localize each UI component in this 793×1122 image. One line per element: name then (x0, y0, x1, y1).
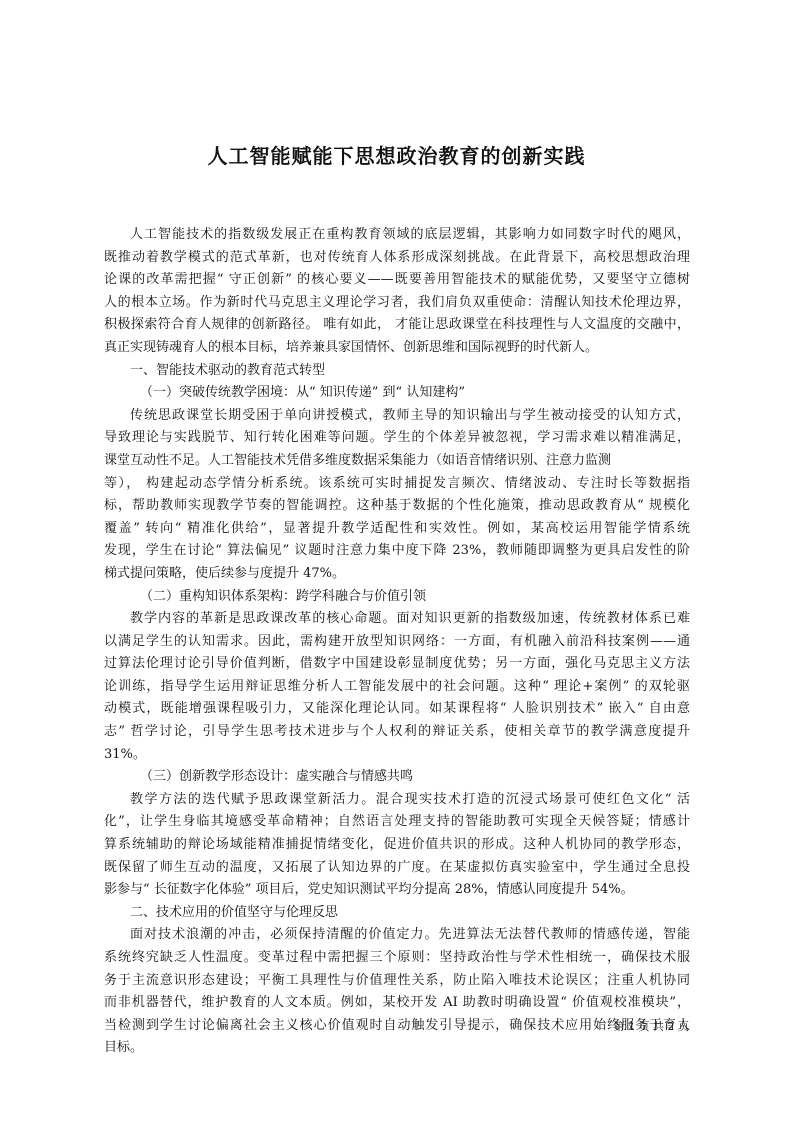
paragraph-line: 算系统辅助的辩论场域能精准捕捉情绪变化，促进价值共识的形成。这种人机协同的教学形… (104, 834, 690, 857)
paragraph-line: 目标。 (104, 1037, 690, 1060)
paragraph-line: 人的根本立场。作为新时代马克思主义理论学习者，我们肩负双重使命：清醒认知技术伦理… (104, 292, 690, 315)
section-heading: 二、技术应用的价值坚守与伦理反思 (104, 902, 690, 925)
paragraph-line: 教学方法的迭代赋予思政课堂新活力。混合现实技术打造的沉浸式场景可使红色文化“ 活 (104, 789, 690, 812)
paragraph-line: 动模式，既能增强课程吸引力，又能深化理论认同。如某课程将“ 人脸识别技术” 嵌入… (104, 698, 690, 721)
paragraph-line: 既保留了师生互动的温度，又拓展了认知边界的广度。在某虚拟仿真实验室中，学生通过全… (104, 857, 690, 880)
paragraph-line: 务于主流意识形态建设；平衡工具理性与价值理性关系，防止陷入唯技术论误区；注重人机… (104, 970, 690, 993)
subsection-heading: （一）突破传统教学困境：从“ 知识传递” 到“ 认知建构” (104, 382, 690, 405)
paragraph-line: 影参与“ 长征数字化体验” 项目后，党史知识测试平均分提高 28%，情感认同度提… (104, 879, 690, 902)
page-number: 第 1 页 共 2 页 (614, 1018, 689, 1034)
paragraph-line: 真正实现铸魂育人的根本目标，培养兼具家国情怀、创新思维和国际视野的时代新人。 (104, 337, 690, 360)
paragraph-line: 标，帮助教师实现教学节奏的智能调控。这种基于数据的个性化施策，推动思政教育从“ … (104, 495, 690, 518)
paragraph-line: 当检测到学生讨论偏离社会主义核心价值观时自动触发引导提示，确保技术应用始终服务于… (104, 1015, 690, 1038)
paragraph-line: 而非机器替代，维护教育的人文本质。例如，某校开发 AI 助教时明确设置“ 价值观… (104, 992, 690, 1015)
subsection-heading: （二）重构知识体系架构：跨学科融合与价值引领 (104, 586, 690, 609)
paragraph-line: 传统思政课堂长期受困于单向讲授模式，教师主导的知识输出与学生被动接受的认知方式， (104, 405, 690, 428)
paragraph-line: 志” 哲学讨论，引导学生思考技术进步与个人权利的辩证关系，使相关章节的教学满意度… (104, 721, 690, 744)
document-body: 人工智能技术的指数级发展正在重构教育领域的底层逻辑，其影响力如同数字时代的飓风，… (104, 224, 690, 1060)
document-title: 人工智能赋能下思想政治教育的创新实践 (0, 140, 793, 169)
paragraph-line: 人工智能技术的指数级发展正在重构教育领域的底层逻辑，其影响力如同数字时代的飓风， (104, 224, 690, 247)
paragraph-line: 导致理论与实践脱节、知行转化困难等问题。学生的个体差异被忽视，学习需求难以精准满… (104, 427, 690, 450)
paragraph-line: 覆盖” 转向“ 精准化供给”，显著提升教学适配性和实效性。例如，某高校运用智能学… (104, 518, 690, 541)
paragraph-line: 论训练，指导学生运用辩证思维分析人工智能发展中的社会问题。这种“ 理论+案例” … (104, 676, 690, 699)
paragraph-line: 教学内容的革新是思政课改革的核心命题。面对知识更新的指数级加速，传统教材体系已难 (104, 608, 690, 631)
section-heading: 一、智能技术驱动的教育范式转型 (104, 360, 690, 383)
paragraph-line: 系统终究缺乏人性温度。变革过程中需把握三个原则：坚持政治性与学术性相统一，确保技… (104, 947, 690, 970)
paragraph-line: 发现，学生在讨论“ 算法偏见” 议题时注意力集中度下降 23%，教师随即调整为更… (104, 540, 690, 563)
paragraph-line: 过算法伦理讨论引导价值判断，借数字中国建设彰显制度优势；另一方面，强化马克思主义… (104, 653, 690, 676)
paragraph-line: 论课的改革需把握“ 守正创新” 的核心要义——既要善用智能技术的赋能优势，又要坚… (104, 269, 690, 292)
paragraph-line: 化”，让学生身临其境感受革命精神；自然语言处理支持的智能助教可实现全天候答疑；情… (104, 811, 690, 834)
subsection-heading: （三）创新教学形态设计：虚实融合与情感共鸣 (104, 766, 690, 789)
paragraph-line: 以满足学生的认知需求。因此，需构建开放型知识网络：一方面，有机融入前沿科技案例—… (104, 631, 690, 654)
paragraph-line: 既推动着教学模式的范式革新，也对传统育人体系形成深刻挑战。在此背景下，高校思想政… (104, 247, 690, 270)
paragraph-line: 课堂互动性不足。人工智能技术凭借多维度数据采集能力（如语音情绪识别、注意力监测 (104, 450, 690, 473)
paragraph-line: 31%。 (104, 744, 690, 767)
paragraph-line: 积极探索符合育人规律的创新路径。 唯有如此， 才能让思政课堂在科技理性与人文温度… (104, 314, 690, 337)
paragraph-line: 梯式提问策略，使后续参与度提升 47%。 (104, 563, 690, 586)
paragraph-line: 面对技术浪潮的冲击，必须保持清醒的价值定力。先进算法无法替代教师的情感传递，智能 (104, 924, 690, 947)
paragraph-line: 等）， 构建起动态学情分析系统。该系统可实时捕捉发言频次、情绪波动、专注时长等数… (104, 473, 690, 496)
